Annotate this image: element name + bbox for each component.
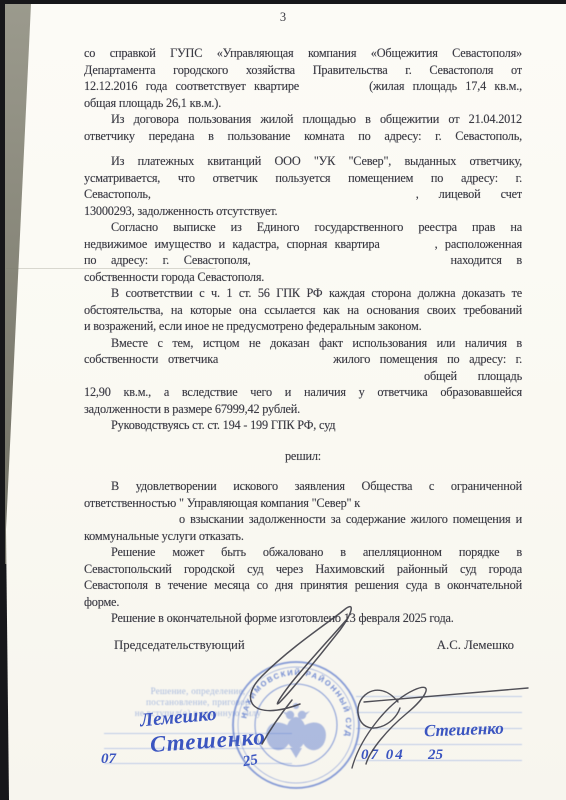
signature-row: Председательствующий А.С. Лемешко (84, 638, 520, 653)
text-line: Севастополь,, лицевой счет (84, 186, 522, 203)
text-line: 12,90 кв.м., а вследствие чего и наличия… (84, 384, 522, 401)
handwritten-date-right: 07 04 (361, 747, 405, 764)
handwritten-date-day-left: 07 (101, 751, 116, 768)
document-lines: со справкой ГУПС «Управляющая компания «… (84, 45, 522, 627)
text-line: В удовлетворении искового заявления Обще… (84, 478, 522, 495)
stamp-rule (104, 763, 292, 764)
text-line (84, 434, 522, 448)
text-line: Решение в окончательной форме изготовлен… (84, 610, 522, 627)
scanned-page: 3 со справкой ГУПС «Управляющая компания… (0, 0, 566, 800)
text-line: В соответствии с ч. 1 ст. 56 ГПК РФ кажд… (84, 285, 522, 302)
text-line (84, 464, 522, 478)
text-line: усматривается, что ответчик пользуется п… (84, 170, 522, 187)
text-line: задолженности в размере 67999,42 рублей. (84, 401, 522, 418)
text-line (84, 144, 522, 153)
text-line: ответчику передана в пользование комната… (84, 128, 522, 145)
text-line: Севастополя в течение месяца со дня прин… (84, 577, 522, 594)
text-line: 13000293, задолженность отсутствует. (84, 203, 522, 220)
text-line: общая площадь 26,1 кв.м.). (84, 95, 522, 112)
presiding-judge-label: Председательствующий (84, 638, 245, 653)
handwritten-date-year-left: 25 (242, 752, 260, 771)
judge-name: А.С. Лемешко (437, 638, 520, 653)
page-number: 3 (0, 10, 566, 25)
stamp-rule (356, 744, 522, 745)
text-line: по адресу: г. Севастополя,находится в (84, 252, 522, 269)
text-line: решил: (84, 448, 522, 465)
handwritten-name-steshenko-right: Стешенко (424, 719, 504, 742)
text-line: недвижимое имущество и кадастра, спорная… (84, 236, 522, 253)
text-line: Согласно выписке из Единого государствен… (84, 219, 522, 236)
text-line: общей площадь (84, 368, 522, 385)
text-line: Руководствуясь ст. ст. 194 - 199 ГПК РФ,… (84, 417, 522, 434)
stamp-rule (356, 696, 522, 697)
text-line: Из платежных квитанций ООО "УК "Север", … (84, 153, 522, 170)
text-line: и возражений, если иное не предусмотрено… (84, 318, 522, 335)
text-line: коммунальные услуги отказать. (84, 528, 522, 545)
text-line: Вместе с тем, истцом не доказан факт исп… (84, 335, 522, 352)
text-line: обстоятельства, на которые она ссылается… (84, 302, 522, 319)
handwritten-year-right: 25 (428, 747, 443, 764)
text-line: ответственностью " Управляющая компания … (84, 495, 522, 512)
text-line: со справкой ГУПС «Управляющая компания «… (84, 45, 522, 62)
text-line: собственности города Севастополя. (84, 269, 522, 286)
text-line: Департамента городского хозяйства Правит… (84, 62, 522, 79)
text-line: Севастопольский городской суд через Нахи… (84, 561, 522, 578)
text-line: Решение может быть обжаловано в апелляци… (84, 544, 522, 561)
stamp-text-line: Решение, определение, (104, 686, 292, 697)
text-line: собственности ответчикажилого помещения … (84, 351, 522, 368)
stamp-rule (356, 712, 522, 713)
text-line: форме. (84, 594, 522, 611)
text-line: 12.12.2016 года соответствует квартире(ж… (84, 78, 522, 95)
text-line: Из договора пользования жилой площадью в… (84, 111, 522, 128)
text-line: о взыскании задолженности за содержание … (84, 511, 522, 528)
